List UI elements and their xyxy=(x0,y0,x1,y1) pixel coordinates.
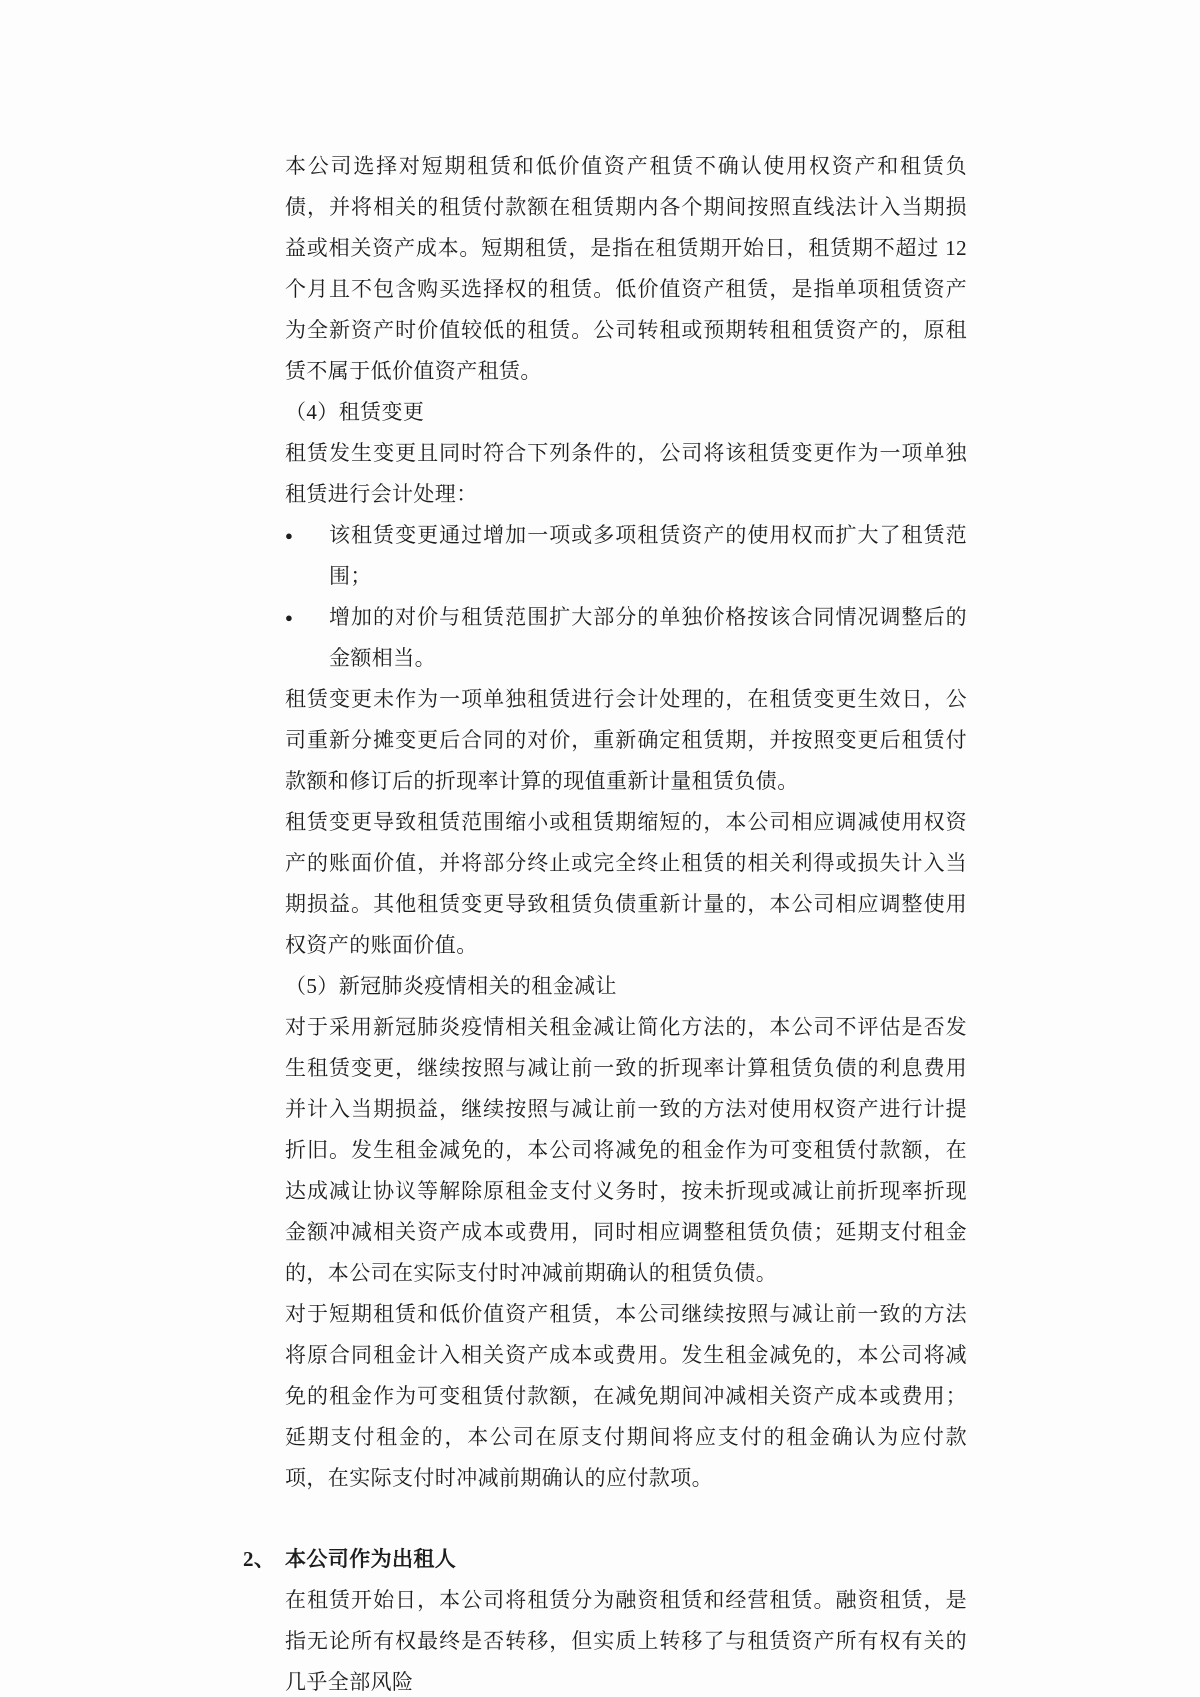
bullet-icon: ● xyxy=(285,515,329,556)
section-2-title: 本公司作为出租人 xyxy=(285,1539,967,1580)
paragraph-not-separate-lease: 租赁变更未作为一项单独租赁进行会计处理的，在租赁变更生效日，公司重新分摊变更后合… xyxy=(285,679,967,802)
paragraph-covid-simplified-method: 对于采用新冠肺炎疫情相关租金减让简化方法的，本公司不评估是否发生租赁变更，继续按… xyxy=(285,1007,967,1294)
bullet-item-consideration: ● 增加的对价与租赁范围扩大部分的单独价格按该合同情况调整后的金额相当。 xyxy=(285,597,967,679)
document-content: 本公司选择对短期租赁和低价值资产租赁不确认使用权资产和租赁负债，并将相关的租赁付… xyxy=(285,146,967,1697)
section-2-number: 2、 xyxy=(243,1539,285,1580)
paragraph-short-term-lease: 本公司选择对短期租赁和低价值资产租赁不确认使用权资产和租赁负债，并将相关的租赁付… xyxy=(285,146,967,392)
paragraph-modification-conditions: 租赁发生变更且同时符合下列条件的，公司将该租赁变更作为一项单独租赁进行会计处理： xyxy=(285,433,967,515)
subheading-4-lease-modification: （4）租赁变更 xyxy=(285,392,967,433)
paragraph-lessor-classification: 在租赁开始日，本公司将租赁分为融资租赁和经营租赁。融资租赁，是指无论所有权最终是… xyxy=(285,1580,967,1697)
bullet-icon: ● xyxy=(285,597,329,638)
bullet-text-consideration: 增加的对价与租赁范围扩大部分的单独价格按该合同情况调整后的金额相当。 xyxy=(329,597,967,679)
subheading-5-covid-rent-concession: （5）新冠肺炎疫情相关的租金减让 xyxy=(285,966,967,1007)
document-page: 本公司选择对短期租赁和低价值资产租赁不确认使用权资产和租赁负债，并将相关的租赁付… xyxy=(0,0,1200,1697)
paragraph-scope-reduction: 租赁变更导致租赁范围缩小或租赁期缩短的，本公司相应调减使用权资产的账面价值，并将… xyxy=(285,802,967,966)
paragraph-short-term-concession: 对于短期租赁和低价值资产租赁，本公司继续按照与减让前一致的方法将原合同租金计入相… xyxy=(285,1294,967,1499)
section-2-heading: 2、 本公司作为出租人 xyxy=(243,1539,967,1580)
bullet-item-expand-scope: ● 该租赁变更通过增加一项或多项租赁资产的使用权而扩大了租赁范围； xyxy=(285,515,967,597)
bullet-text-expand-scope: 该租赁变更通过增加一项或多项租赁资产的使用权而扩大了租赁范围； xyxy=(329,515,967,597)
